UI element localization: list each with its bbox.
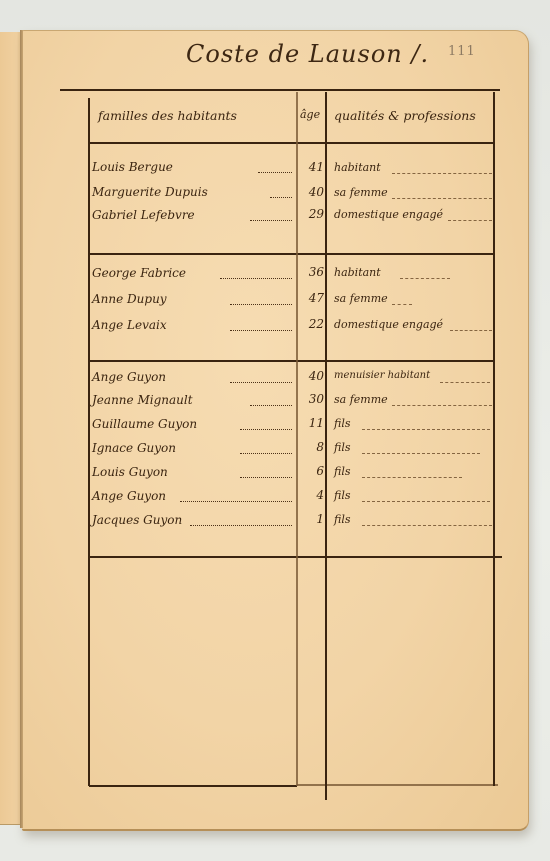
dash-trail xyxy=(448,220,492,221)
family-3-divider xyxy=(88,556,502,558)
member-age: 36 xyxy=(300,265,324,279)
member-quality: sa femme xyxy=(334,186,388,199)
dash-trail xyxy=(362,477,462,478)
member-name: Guillaume Guyon xyxy=(92,417,197,431)
header-age: âge xyxy=(300,108,320,121)
name-age-separator xyxy=(296,92,298,786)
dash-trail xyxy=(362,429,490,430)
dash-trail xyxy=(362,501,490,502)
left-border xyxy=(88,98,90,786)
member-age: 47 xyxy=(300,291,324,305)
dash-trail xyxy=(400,278,450,279)
member-quality: fils xyxy=(334,441,351,454)
member-age: 30 xyxy=(300,392,324,406)
dash-trail xyxy=(450,330,492,331)
member-age: 40 xyxy=(300,185,324,199)
age-quality-separator xyxy=(325,92,327,800)
dash-trail xyxy=(392,173,492,174)
dash-trail xyxy=(440,382,490,383)
member-quality: sa femme xyxy=(334,292,388,305)
member-name: Ange Guyon xyxy=(92,489,166,503)
member-name: Louis Guyon xyxy=(92,465,168,479)
dotted-leader xyxy=(230,304,292,305)
dotted-leader xyxy=(240,429,292,430)
member-name: Jacques Guyon xyxy=(92,513,182,527)
member-age: 1 xyxy=(300,512,324,526)
member-quality: domestique engagé xyxy=(334,208,443,221)
member-quality: fils xyxy=(334,489,351,502)
table-bottom-right-rule xyxy=(297,784,498,786)
member-age: 4 xyxy=(300,488,324,502)
member-quality: sa femme xyxy=(334,393,388,406)
member-name: Ignace Guyon xyxy=(92,441,176,455)
dotted-leader xyxy=(250,220,292,221)
right-border xyxy=(493,92,495,786)
binding-gutter xyxy=(20,30,23,828)
dash-trail xyxy=(392,304,412,305)
member-name: Ange Levaix xyxy=(92,318,167,332)
header-quality: qualités & professions xyxy=(334,108,476,123)
member-name: Gabriel Lefebvre xyxy=(92,208,195,222)
member-age: 6 xyxy=(300,464,324,478)
dotted-leader xyxy=(240,453,292,454)
family-1-divider xyxy=(88,253,493,255)
member-quality: habitant xyxy=(334,266,381,279)
header-bottom-rule xyxy=(88,142,493,144)
dotted-leader xyxy=(230,382,292,383)
dash-trail xyxy=(392,405,492,406)
member-age: 22 xyxy=(300,317,324,331)
member-quality: fils xyxy=(334,465,351,478)
dotted-leader xyxy=(258,172,292,173)
member-quality: habitant xyxy=(334,161,381,174)
member-quality: fils xyxy=(334,417,351,430)
dotted-leader xyxy=(220,278,292,279)
member-age: 11 xyxy=(300,416,324,430)
dotted-leader xyxy=(230,330,292,331)
member-age: 40 xyxy=(300,369,324,383)
dotted-leader xyxy=(250,405,292,406)
table-top-rule xyxy=(60,89,500,91)
member-quality: fils xyxy=(334,513,351,526)
header-names: familles des habitants xyxy=(98,108,237,123)
member-age: 8 xyxy=(300,440,324,454)
member-name: Marguerite Dupuis xyxy=(92,185,208,199)
dotted-leader xyxy=(180,501,292,502)
dash-trail xyxy=(362,453,480,454)
member-age: 41 xyxy=(300,160,324,174)
dash-trail xyxy=(392,198,492,199)
family-2-divider xyxy=(88,360,493,362)
dotted-leader xyxy=(270,197,292,198)
member-name: George Fabrice xyxy=(92,266,186,280)
dotted-leader xyxy=(240,477,292,478)
member-age: 29 xyxy=(300,207,324,221)
member-name: Louis Bergue xyxy=(92,160,173,174)
dash-trail xyxy=(362,525,492,526)
member-name: Jeanne Mignault xyxy=(92,393,193,407)
page-title: Coste de Lauson /. xyxy=(186,40,429,68)
member-quality: menuisier habitant xyxy=(334,370,430,381)
member-quality: domestique engagé xyxy=(334,318,443,331)
table-bottom-left-rule xyxy=(89,785,297,787)
dotted-leader xyxy=(190,525,292,526)
member-name: Anne Dupuy xyxy=(92,292,167,306)
member-name: Ange Guyon xyxy=(92,370,166,384)
folio-number: 111 xyxy=(448,44,476,59)
